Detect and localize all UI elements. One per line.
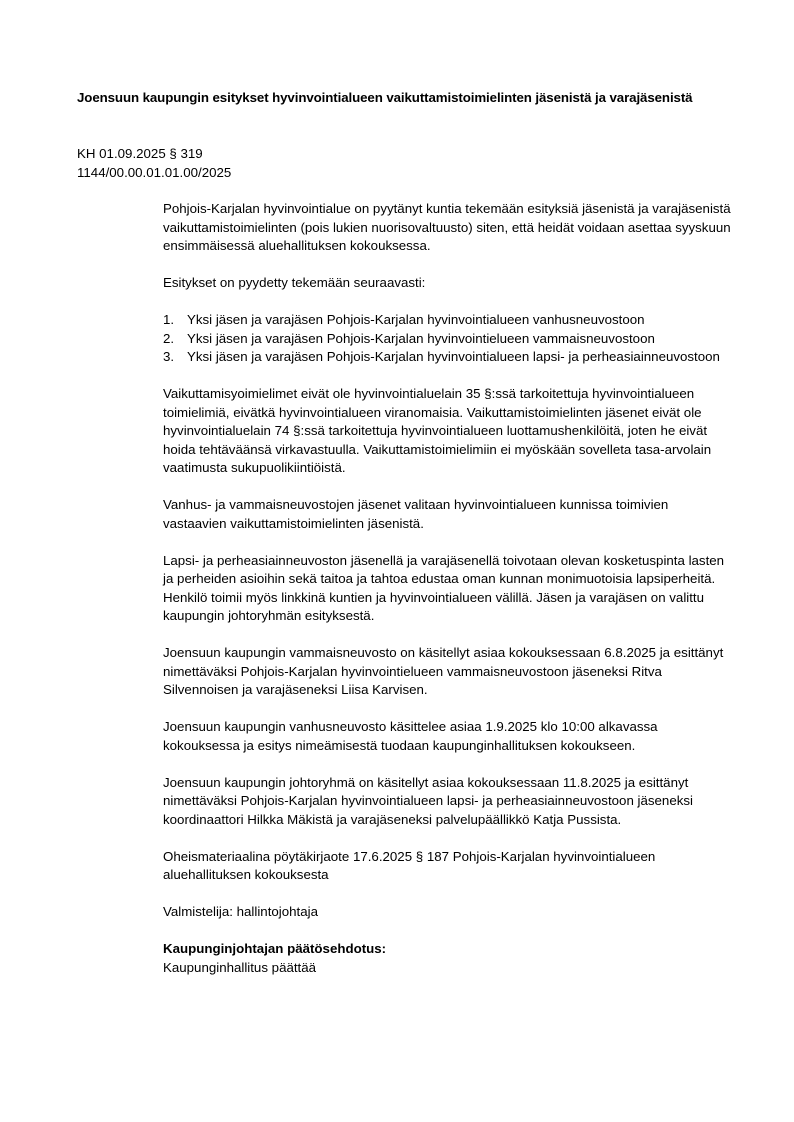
list-number: 1. (163, 311, 174, 330)
elderly-council-paragraph: Joensuun kaupungin vanhusneuvosto käsitt… (163, 718, 733, 755)
meeting-reference: KH 01.09.2025 § 319 (77, 145, 231, 164)
list-text: Yksi jäsen ja varajäsen Pohjois-Karjalan… (187, 331, 655, 346)
document-page: Joensuun kaupungin esitykset hyvinvointi… (0, 0, 794, 1122)
legal-paragraph: Vaikuttamisyoimielimet eivät ole hyvinvo… (163, 385, 733, 478)
proposal-heading: Kaupunginjohtajan päätösehdotus: (163, 940, 733, 959)
list-number: 3. (163, 348, 174, 367)
list-item: 1. Yksi jäsen ja varajäsen Pohjois-Karja… (163, 311, 733, 330)
proposal-text: Kaupunginhallitus päättää (163, 959, 733, 978)
selection-paragraph: Vanhus- ja vammaisneuvostojen jäsenet va… (163, 496, 733, 533)
list-item: 2. Yksi jäsen ja varajäsen Pohjois-Karja… (163, 330, 733, 349)
attachment-paragraph: Oheismateriaalina pöytäkirjaote 17.6.202… (163, 848, 733, 885)
list-number: 2. (163, 330, 174, 349)
list-text: Yksi jäsen ja varajäsen Pohjois-Karjalan… (187, 349, 720, 364)
request-lead-paragraph: Esitykset on pyydetty tekemään seuraavas… (163, 274, 733, 293)
request-list: 1. Yksi jäsen ja varajäsen Pohjois-Karja… (163, 311, 733, 367)
child-family-paragraph: Lapsi- ja perheasiainneuvoston jäsenellä… (163, 552, 733, 626)
list-text: Yksi jäsen ja varajäsen Pohjois-Karjalan… (187, 312, 645, 327)
record-id: 1144/00.00.01.01.00/2025 (77, 164, 231, 183)
document-meta: KH 01.09.2025 § 319 1144/00.00.01.01.00/… (77, 145, 231, 182)
document-body: Pohjois-Karjalan hyvinvointialue on pyyt… (163, 200, 733, 996)
preparer-line: Valmistelija: hallintojohtaja (163, 903, 733, 922)
list-item: 3. Yksi jäsen ja varajäsen Pohjois-Karja… (163, 348, 733, 367)
document-title: Joensuun kaupungin esitykset hyvinvointi… (77, 88, 717, 107)
management-group-paragraph: Joensuun kaupungin johtoryhmä on käsitel… (163, 774, 733, 830)
intro-paragraph: Pohjois-Karjalan hyvinvointialue on pyyt… (163, 200, 733, 256)
disability-council-paragraph: Joensuun kaupungin vammaisneuvosto on kä… (163, 644, 733, 700)
